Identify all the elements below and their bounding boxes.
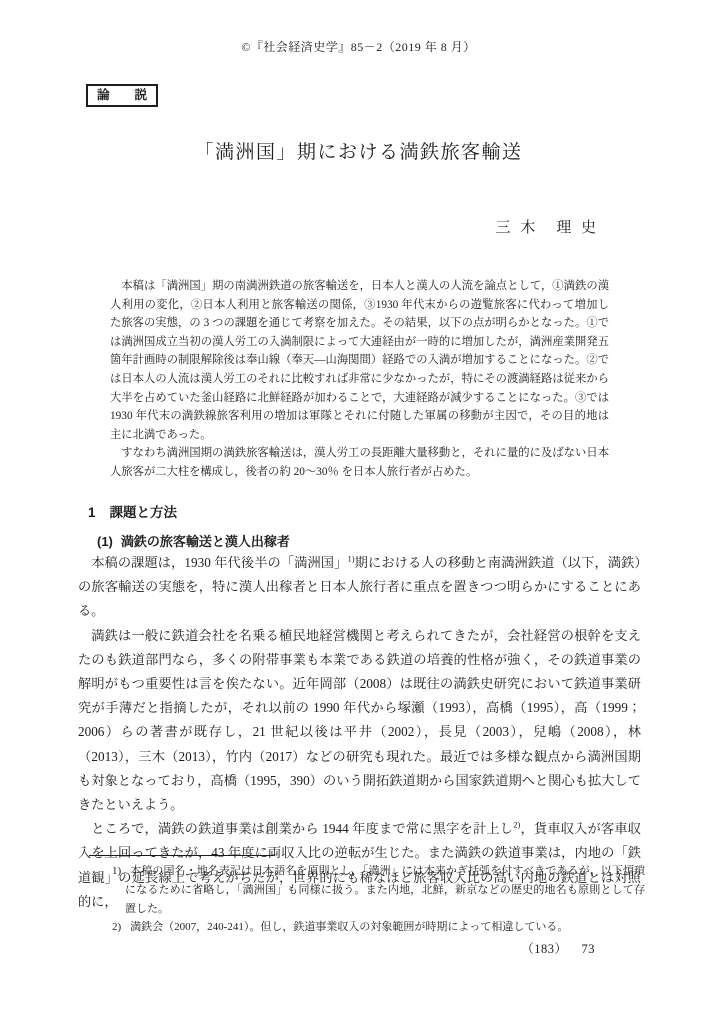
page-number: （183）73 (521, 939, 595, 957)
journal-header: ©『社会経済史学』85－2（2019 年 8 月） (0, 38, 717, 55)
footnote-item-1: 1)本稿の国名・地名表記は日本語名を原則とし，「満洲」には本来かぎ括弧を付すべき… (112, 862, 645, 918)
paper-title: 「満洲国」期における満鉄旅客輸送 (0, 137, 717, 164)
footnote-item-2: 2)満鉄会（2007，240-241）。但し，鉄道事業収入の対象範囲が時期によっ… (112, 918, 645, 937)
body-paragraph-3-text: ところで，満鉄の鉄道事業は創業から 1944 年度まで常に黒字を計上し (91, 821, 513, 836)
body-paragraph-1-text: 本稿の課題は，1930 年代後半の「満洲国」 (91, 555, 347, 570)
subsection-title: 満鉄の旅客輸送と漢人出稼者 (121, 534, 290, 549)
section-heading-1: 1課題と方法 (88, 501, 177, 521)
scanned-paper-page: { "page": { "journal_header": "©『社会経済史学』… (0, 0, 717, 1012)
body-paragraph-2: 満鉄は一般に鉄道会社を名乗る植民地経営機関と考えられてきたが，会社経営の根幹を支… (78, 624, 641, 818)
footnote-2-text: 満鉄会（2007，240-241）。但し，鉄道事業収入の対象範囲が時期によって相… (130, 921, 568, 933)
footnotes-block: 1)本稿の国名・地名表記は日本語名を原則とし，「満洲」には本来かぎ括弧を付すべき… (112, 862, 645, 937)
article-type-badge: 論 説 (86, 84, 158, 107)
footnote-1-number: 1) (112, 865, 121, 877)
abstract-paragraph-1: 本稿は「満洲国」期の南満洲鉄道の旅客輸送を，日本人と漢人の人流を論点として，①満… (110, 277, 609, 444)
author-name: 三 木 理 史 (495, 216, 599, 237)
page-number-value: 73 (582, 942, 596, 956)
subsection-number: (1) (97, 534, 113, 549)
section-number: 1 (88, 505, 96, 520)
abstract-paragraph-2: すなわち満洲国期の満鉄旅客輸送は，漢人労工の長距離大量移動と，それに量的に及ばな… (110, 444, 609, 481)
footnote-2-number: 2) (112, 921, 121, 933)
footnote-marker-1: 1) (347, 554, 354, 564)
footnote-divider (89, 855, 275, 856)
section-title: 課題と方法 (110, 505, 178, 520)
abstract-block: 本稿は「満洲国」期の南満洲鉄道の旅客輸送を，日本人と漢人の人流を論点として，①満… (110, 277, 609, 482)
footnote-1-text: 本稿の国名・地名表記は日本語名を原則とし，「満洲」には本来かぎ括弧を付すべきであ… (125, 865, 645, 915)
subsection-heading-1: (1)満鉄の旅客輸送と漢人出稼者 (97, 531, 290, 550)
page-number-paren: （183） (521, 942, 567, 956)
body-text-column: 本稿の課題は，1930 年代後半の「満洲国」1)期における人の移動と南満洲鉄道（… (78, 551, 641, 914)
body-paragraph-1: 本稿の課題は，1930 年代後半の「満洲国」1)期における人の移動と南満洲鉄道（… (78, 551, 641, 624)
